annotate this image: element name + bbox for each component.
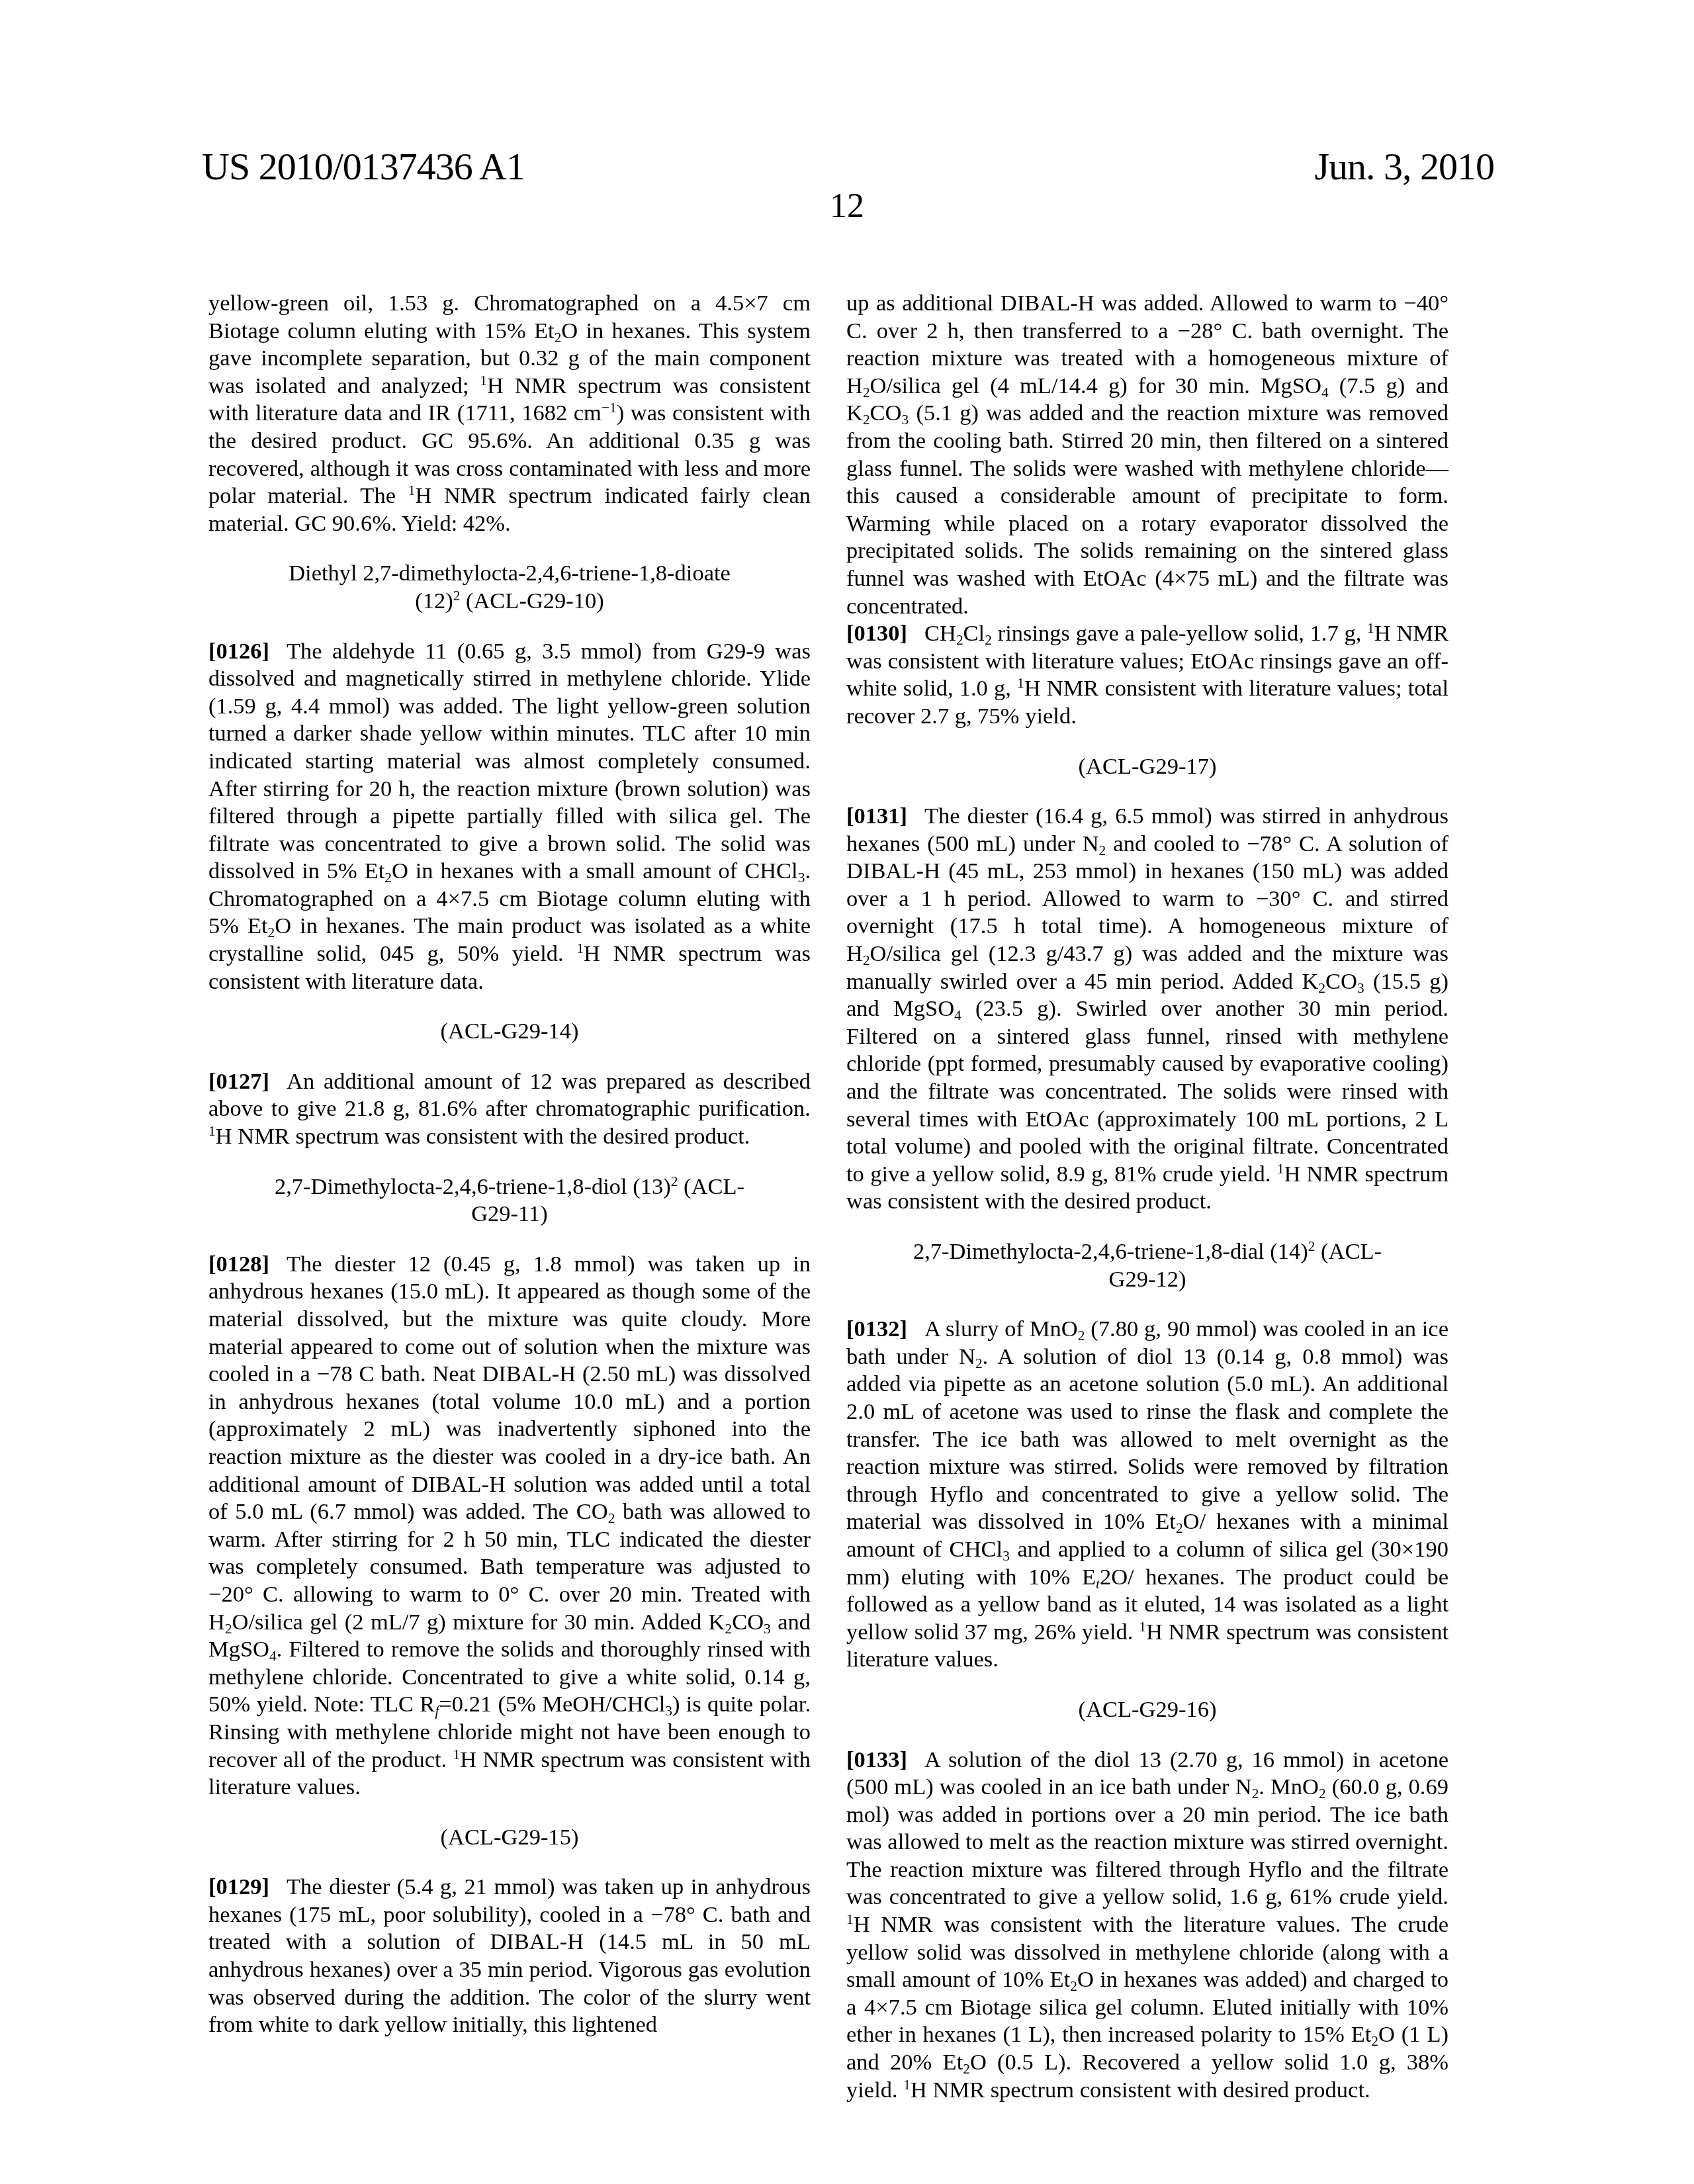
section-heading: (ACL-G29-15) — [208, 1824, 811, 1852]
paragraph: [0131]The diester (16.4 g, 6.5 mmol) was… — [846, 803, 1449, 1216]
spacer — [208, 1228, 811, 1251]
spacer — [846, 1674, 1449, 1696]
paragraph-number: [0131] — [846, 803, 907, 829]
spacer — [846, 731, 1449, 753]
paragraph-number: [0127] — [208, 1069, 269, 1094]
publication-number: US 2010/0137436 A1 — [202, 144, 525, 189]
spacer — [208, 1801, 811, 1824]
spacer — [846, 1293, 1449, 1316]
section-heading: 2,7-Dimethylocta-2,4,6-triene-1,8-dial (… — [846, 1238, 1449, 1293]
page-number: 12 — [0, 187, 1694, 226]
left-column: yellow-green oil, 1.53 g. Chromatographe… — [208, 290, 811, 2039]
paragraph: [0132]A slurry of MnO2 (7.80 g, 90 mmol)… — [846, 1316, 1449, 1674]
spacer — [208, 995, 811, 1018]
spacer — [208, 1151, 811, 1173]
paragraph: up as additional DIBAL-H was added. Allo… — [846, 290, 1449, 620]
paragraph: [0128]The diester 12 (0.45 g, 1.8 mmol) … — [208, 1251, 811, 1801]
paragraph-number: [0129] — [208, 1874, 269, 1899]
paragraph-number: [0126] — [208, 639, 269, 664]
right-column: up as additional DIBAL-H was added. Allo… — [846, 290, 1449, 2104]
spacer — [846, 1216, 1449, 1238]
paragraph: [0129]The diester (5.4 g, 21 mmol) was t… — [208, 1874, 811, 2039]
paragraph: [0133]A solution of the diol 13 (2.70 g,… — [846, 1747, 1449, 2105]
paragraph-number: [0132] — [846, 1316, 907, 1342]
spacer — [208, 615, 811, 638]
spacer — [208, 537, 811, 560]
section-heading: Diethyl 2,7-dimethylocta-2,4,6-triene-1,… — [208, 560, 811, 615]
spacer — [208, 1046, 811, 1068]
section-heading: (ACL-G29-16) — [846, 1696, 1449, 1724]
spacer — [208, 1851, 811, 1874]
paragraph: [0126]The aldehyde 11 (0.65 g, 3.5 mmol)… — [208, 638, 811, 996]
section-heading: 2,7-Dimethylocta-2,4,6-triene-1,8-diol (… — [208, 1173, 811, 1228]
paragraph-number: [0128] — [208, 1251, 269, 1277]
paragraph: [0127]An additional amount of 12 was pre… — [208, 1068, 811, 1151]
publication-date: Jun. 3, 2010 — [1314, 144, 1494, 189]
paragraph-number: [0133] — [846, 1747, 907, 1772]
spacer — [846, 1724, 1449, 1747]
section-heading: (ACL-G29-14) — [208, 1018, 811, 1046]
paragraph-number: [0130] — [846, 621, 907, 646]
paragraph: [0130]CH2Cl2 rinsings gave a pale-yellow… — [846, 620, 1449, 730]
paragraph: yellow-green oil, 1.53 g. Chromatographe… — [208, 290, 811, 537]
spacer — [846, 780, 1449, 803]
section-heading: (ACL-G29-17) — [846, 753, 1449, 781]
